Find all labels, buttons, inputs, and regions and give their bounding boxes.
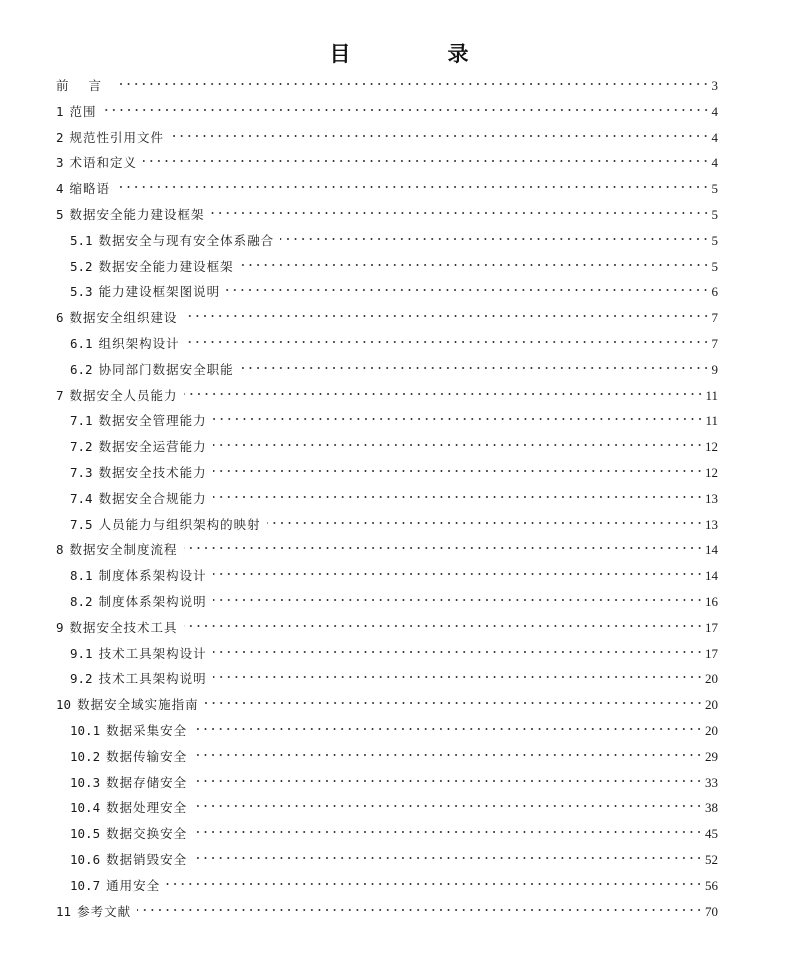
toc-entry-page: 3 [712, 75, 719, 97]
dot-leader [240, 365, 710, 371]
toc-subentry[interactable]: 9.2 技术工具架构说明 20 [56, 668, 718, 694]
toc-entry[interactable]: 10 数据安全域实施指南 20 [56, 694, 718, 720]
toc-entry-page: 12 [705, 436, 718, 458]
toc-subentry[interactable]: 10.4 数据处理安全 38 [56, 797, 718, 823]
toc-entry[interactable]: 3 术语和定义 4 [56, 152, 718, 178]
toc-entry[interactable]: 5 数据安全能力建设框架 5 [56, 204, 718, 230]
dot-leader [213, 416, 704, 422]
toc-entry-number: 8.2 [70, 591, 93, 613]
toc-entry-text: 数据存储安全 [106, 772, 187, 794]
toc-subentry[interactable]: 10.3 数据存储安全 33 [56, 772, 718, 798]
toc-subentry[interactable]: 7.1 数据安全管理能力 11 [56, 410, 718, 436]
toc-entry-page: 20 [705, 668, 718, 690]
toc-entry-text: 数据安全人员能力 [70, 385, 178, 407]
toc-entry-page: 56 [705, 875, 718, 897]
toc-entry[interactable]: 6 数据安全组织建设 7 [56, 307, 718, 333]
toc-subentry[interactable]: 7.4 数据安全合规能力 13 [56, 488, 718, 514]
dot-leader [240, 262, 710, 268]
toc-entry-text: 数据安全能力建设框架 [99, 256, 234, 278]
toc-entry-page: 5 [712, 204, 719, 226]
toc-entry-text: 数据销毁安全 [106, 849, 187, 871]
toc-entry-page: 20 [705, 720, 718, 742]
toc-entry-text: 数据安全与现有安全体系融合 [99, 230, 275, 252]
dot-leader [213, 649, 703, 655]
toc-subentry[interactable]: 8.2 制度体系架构说明 16 [56, 591, 718, 617]
toc-entry-page: 14 [705, 539, 718, 561]
toc-subentry[interactable]: 7.5 人员能力与组织架构的映射 13 [56, 514, 718, 540]
dot-leader [280, 236, 709, 242]
dot-leader [226, 287, 709, 293]
toc-entry-number: 10 [56, 694, 71, 716]
dot-leader [116, 184, 709, 190]
toc-entry-text: 制度体系架构设计 [99, 565, 207, 587]
dot-leader [137, 907, 703, 913]
toc-entry-number: 2 [56, 127, 64, 149]
toc-entry-text: 数据安全制度流程 [70, 539, 178, 561]
toc-subentry[interactable]: 6.2 协同部门数据安全职能 9 [56, 359, 718, 385]
dot-leader [184, 391, 704, 397]
toc-entry-text: 数据交换安全 [106, 823, 187, 845]
toc-entry-number: 10.7 [70, 875, 100, 897]
dot-leader [184, 313, 710, 319]
dot-leader [193, 778, 703, 784]
toc-entry[interactable]: 2 规范性引用文件 4 [56, 127, 718, 153]
toc-entry-number: 10.2 [70, 746, 100, 768]
toc-subentry[interactable]: 10.6 数据销毁安全 52 [56, 849, 718, 875]
toc-entry-page: 13 [705, 488, 718, 510]
toc-entry-number: 9.1 [70, 643, 93, 665]
toc-entry-number: 5.1 [70, 230, 93, 252]
toc-entry-number: 7 [56, 385, 64, 407]
toc-entry-page: 11 [705, 410, 718, 432]
dot-leader [213, 468, 703, 474]
toc-entry-page: 12 [705, 462, 718, 484]
dot-leader [213, 494, 703, 500]
toc-entry-text: 组织架构设计 [99, 333, 180, 355]
toc-entry[interactable]: 4 缩略语 5 [56, 178, 718, 204]
toc-entry-number: 10.5 [70, 823, 100, 845]
dot-leader [205, 700, 703, 706]
dot-leader [193, 752, 703, 758]
toc-entry-text: 制度体系架构说明 [99, 591, 207, 613]
dot-leader [213, 571, 703, 577]
toc-entry-page: 7 [712, 307, 719, 329]
toc-entry-text: 参考文献 [77, 901, 131, 923]
toc-entry-text: 人员能力与组织架构的映射 [99, 514, 261, 536]
toc-entry-number: 7.3 [70, 462, 93, 484]
dot-leader [213, 597, 703, 603]
toc-subentry[interactable]: 10.2 数据传输安全 29 [56, 746, 718, 772]
toc-entry-page: 11 [705, 385, 718, 407]
toc-entry-foreword[interactable]: 前 言 3 [56, 75, 718, 101]
toc-entry-page: 38 [705, 797, 718, 819]
toc-entry-page: 17 [705, 617, 718, 639]
toc-entry-number: 6.1 [70, 333, 93, 355]
toc-entry-page: 17 [705, 643, 718, 665]
toc-entry-page: 4 [712, 152, 719, 174]
toc-entry-number: 9.2 [70, 668, 93, 690]
toc-entry-number: 3 [56, 152, 64, 174]
toc-entry-text: 缩略语 [70, 178, 111, 200]
toc-entry-text: 数据传输安全 [106, 746, 187, 768]
toc-subentry[interactable]: 5.3 能力建设框架图说明 6 [56, 281, 718, 307]
toc-entry-text: 数据安全管理能力 [99, 410, 207, 432]
toc-subentry[interactable]: 9.1 技术工具架构设计 17 [56, 643, 718, 669]
toc-subentry[interactable]: 7.3 数据安全技术能力 12 [56, 462, 718, 488]
dot-leader [213, 674, 703, 680]
toc-subentry[interactable]: 10.5 数据交换安全 45 [56, 823, 718, 849]
toc-entry-text: 协同部门数据安全职能 [99, 359, 234, 381]
toc-entry-page: 29 [705, 746, 718, 768]
toc-entry-text: 数据安全运营能力 [99, 436, 207, 458]
toc-subentry[interactable]: 10.7 通用安全 56 [56, 875, 718, 901]
toc-entry-text: 术语和定义 [70, 152, 138, 174]
toc-entry-page: 5 [712, 178, 719, 200]
dot-leader [184, 545, 703, 551]
toc-entry-number: 7.2 [70, 436, 93, 458]
toc-entry-page: 5 [712, 230, 719, 252]
toc-subentry[interactable]: 7.2 数据安全运营能力 12 [56, 436, 718, 462]
dot-leader [184, 623, 703, 629]
toc-entry-page: 52 [705, 849, 718, 871]
toc-entry-text: 数据安全技术工具 [70, 617, 178, 639]
toc-entry-number: 7.1 [70, 410, 93, 432]
toc-entry[interactable]: 7 数据安全人员能力 11 [56, 385, 718, 411]
toc-entry-page: 14 [705, 565, 718, 587]
toc-entry-page: 6 [712, 281, 719, 303]
dot-leader [186, 339, 710, 345]
dot-leader [193, 803, 703, 809]
toc-entry[interactable]: 9 数据安全技术工具 17 [56, 617, 718, 643]
dot-leader [103, 107, 710, 113]
document-page: 目 录 前 言 3 1 范围 4 2 规范性引用文件 4 3 术语和定义 4 4… [0, 0, 798, 976]
toc-subentry[interactable]: 5.2 数据安全能力建设框架 5 [56, 256, 718, 282]
toc-entry-number: 1 [56, 101, 64, 123]
toc-entry-page: 70 [705, 901, 718, 923]
dot-leader [170, 133, 709, 139]
toc-entry-text: 能力建设框架图说明 [99, 281, 221, 303]
table-of-contents: 前 言 3 1 范围 4 2 规范性引用文件 4 3 术语和定义 4 4 缩略语… [56, 75, 718, 926]
toc-entry-number: 8 [56, 539, 64, 561]
toc-entry-number: 10.3 [70, 772, 100, 794]
dot-leader [267, 520, 703, 526]
toc-entry-number: 6 [56, 307, 64, 329]
toc-entry[interactable]: 11 参考文献 70 [56, 901, 718, 927]
toc-entry-number: 4 [56, 178, 64, 200]
toc-entry-page: 33 [705, 772, 718, 794]
toc-entry-number: 9 [56, 617, 64, 639]
dot-leader [193, 829, 703, 835]
dot-leader [166, 881, 703, 887]
toc-entry-number: 6.2 [70, 359, 93, 381]
dot-leader [193, 855, 703, 861]
toc-title: 目 录 [0, 38, 798, 68]
toc-entry-number: 5.2 [70, 256, 93, 278]
toc-entry[interactable]: 8 数据安全制度流程 14 [56, 539, 718, 565]
toc-entry-number: 5.3 [70, 281, 93, 303]
toc-entry-text: 数据安全合规能力 [99, 488, 207, 510]
toc-entry-text: 技术工具架构设计 [99, 643, 207, 665]
toc-subentry[interactable]: 8.1 制度体系架构设计 14 [56, 565, 718, 591]
toc-entry-text: 数据安全能力建设框架 [70, 204, 205, 226]
toc-entry-text: 技术工具架构说明 [99, 668, 207, 690]
toc-subentry[interactable]: 10.1 数据采集安全 20 [56, 720, 718, 746]
toc-entry-number: 10.4 [70, 797, 100, 819]
dot-leader [193, 726, 703, 732]
toc-entry-number: 10.1 [70, 720, 100, 742]
toc-entry-text: 数据安全组织建设 [70, 307, 178, 329]
toc-entry-page: 9 [712, 359, 719, 381]
toc-entry-number: 8.1 [70, 565, 93, 587]
toc-entry-number: 5 [56, 204, 64, 226]
toc-entry-page: 5 [712, 256, 719, 278]
toc-entry-page: 4 [712, 101, 719, 123]
dot-leader [143, 158, 709, 164]
toc-entry-text: 规范性引用文件 [70, 127, 165, 149]
toc-entry-page: 4 [712, 127, 719, 149]
toc-entry-text: 通用安全 [106, 875, 160, 897]
toc-entry-text: 数据安全技术能力 [99, 462, 207, 484]
toc-entry-text: 数据采集安全 [106, 720, 187, 742]
toc-entry-page: 16 [705, 591, 718, 613]
dot-leader [213, 442, 703, 448]
toc-subentry[interactable]: 5.1 数据安全与现有安全体系融合 5 [56, 230, 718, 256]
toc-entry-number: 10.6 [70, 849, 100, 871]
dot-leader [115, 81, 710, 87]
toc-entry-number: 7.5 [70, 514, 93, 536]
toc-entry[interactable]: 1 范围 4 [56, 101, 718, 127]
dot-leader [211, 210, 710, 216]
toc-entry-page: 20 [705, 694, 718, 716]
toc-entry-page: 13 [705, 514, 718, 536]
toc-entry-text: 范围 [70, 101, 97, 123]
toc-entry-number: 7.4 [70, 488, 93, 510]
toc-entry-text: 前 言 [56, 75, 109, 97]
toc-entry-text: 数据处理安全 [106, 797, 187, 819]
toc-entry-text: 数据安全域实施指南 [77, 694, 199, 716]
toc-subentry[interactable]: 6.1 组织架构设计 7 [56, 333, 718, 359]
toc-entry-page: 45 [705, 823, 718, 845]
toc-entry-page: 7 [712, 333, 719, 355]
toc-entry-number: 11 [56, 901, 71, 923]
